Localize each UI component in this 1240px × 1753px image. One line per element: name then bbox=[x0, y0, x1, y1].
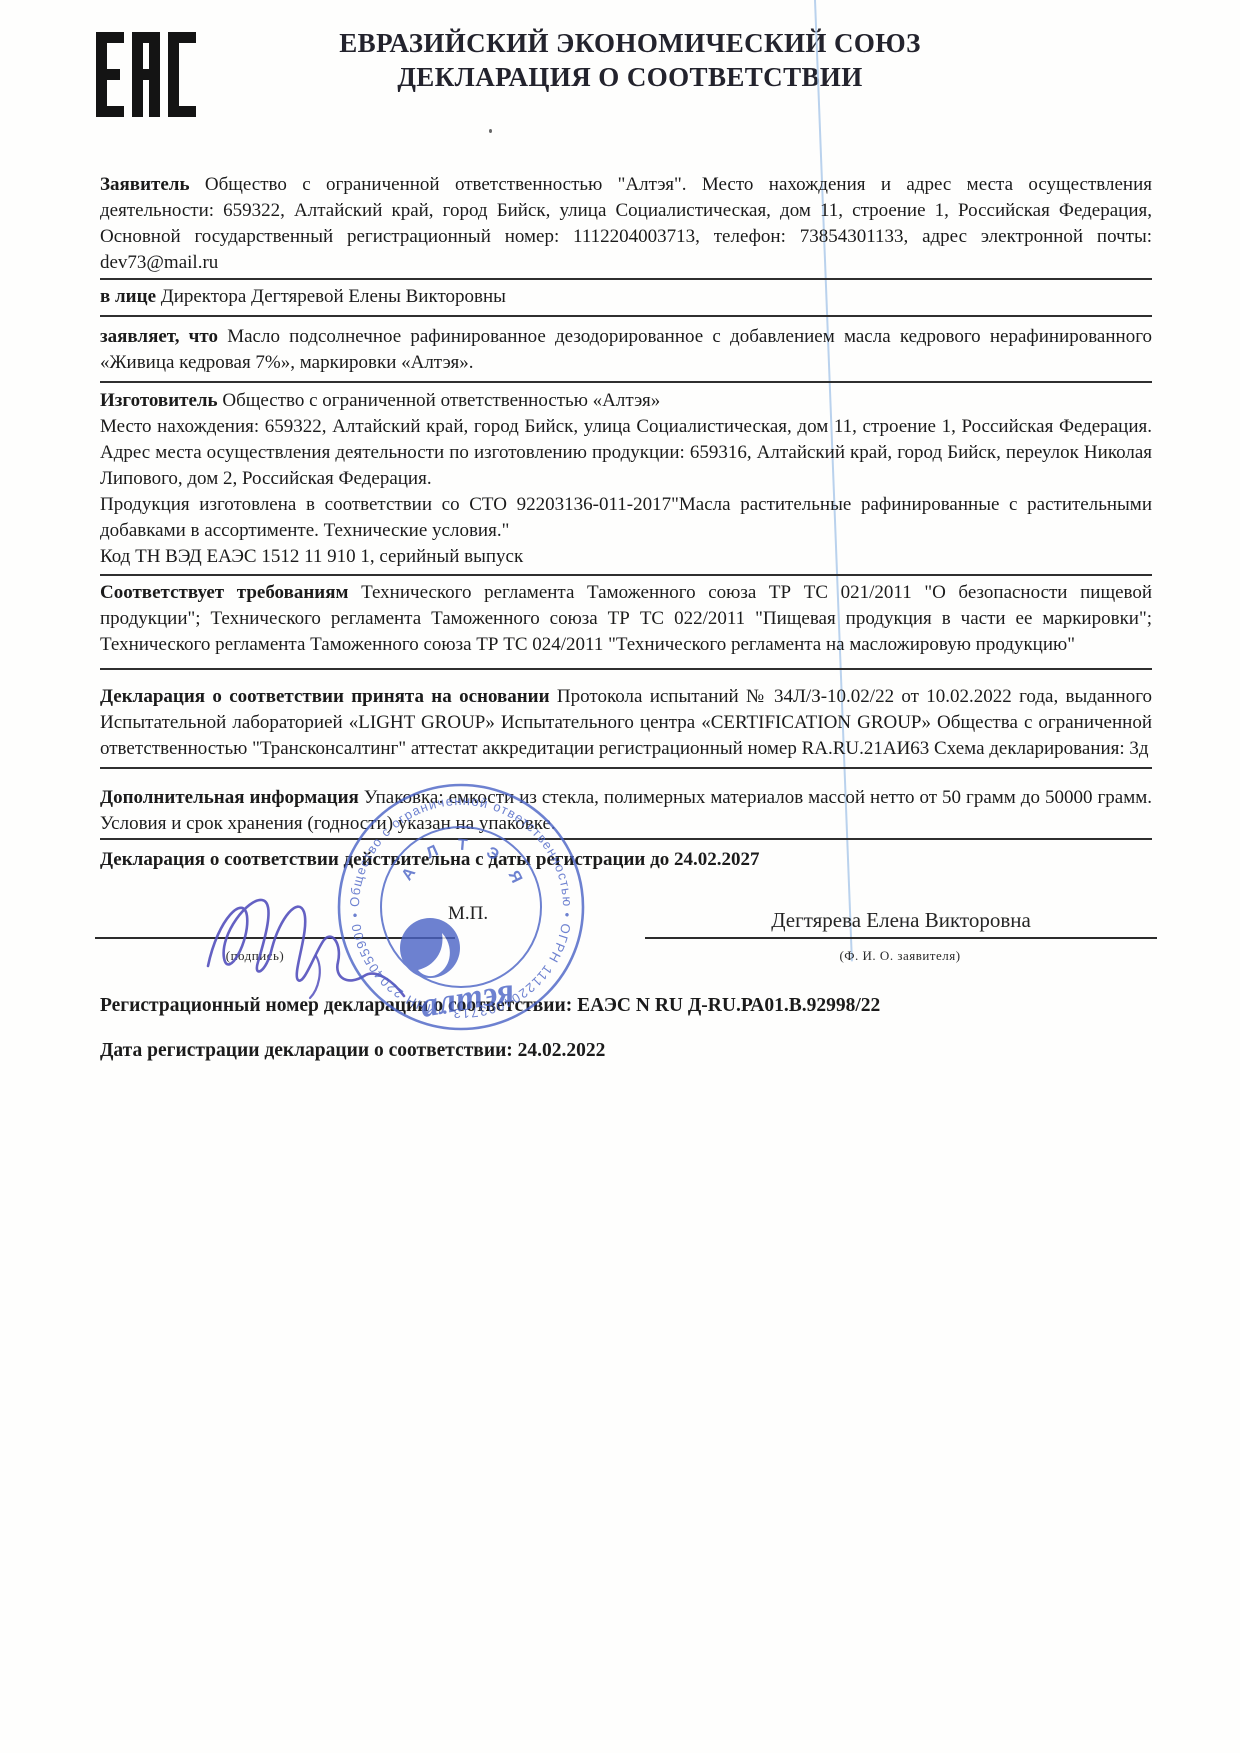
declares-text: Масло подсолнечное рафинированное дезодо… bbox=[100, 326, 1152, 373]
mp-seal-label: М.П. bbox=[448, 901, 488, 927]
declares-label: заявляет, что bbox=[100, 326, 218, 347]
declaration-document: ЕВРАЗИЙСКИЙ ЭКОНОМИЧЕСКИЙ СОЮЗ ДЕКЛАРАЦИ… bbox=[0, 0, 1240, 1753]
title-line-2: ДЕКЛАРАЦИЯ О СООТВЕТСТВИИ bbox=[240, 60, 1020, 94]
additional-info-section: Дополнительная информация Упаковка: емко… bbox=[100, 785, 1152, 840]
applicant-text: Общество с ограниченной ответственностью… bbox=[100, 174, 1152, 273]
manufacturer-standard: Продукция изготовлена в соответствии со … bbox=[100, 492, 1152, 544]
in-person-section: в лице Директора Дегтяревой Елены Виктор… bbox=[100, 280, 1152, 317]
compliance-label: Соответствует требованиям bbox=[100, 582, 348, 603]
basis-paragraph: Декларация о соответствии принята на осн… bbox=[100, 684, 1152, 762]
name-caption: (Ф. И. О. заявителя) bbox=[740, 943, 1060, 969]
applicant-section: Заявитель Общество с ограниченной ответс… bbox=[100, 172, 1152, 280]
signature-block: М.П. Дегтярева Елена Викторовна (подпись… bbox=[100, 873, 1152, 985]
signature-caption: (подпись) bbox=[160, 943, 350, 969]
applicant-paragraph: Заявитель Общество с ограниченной ответс… bbox=[100, 172, 1152, 276]
validity-section: Декларация о соответствии действительна … bbox=[100, 840, 1152, 873]
basis-section: Декларация о соответствии принята на осн… bbox=[100, 684, 1152, 769]
manufacturer-section: Изготовитель Общество с ограниченной отв… bbox=[100, 383, 1152, 576]
in-person-paragraph: в лице Директора Дегтяревой Елены Виктор… bbox=[100, 284, 1152, 310]
declares-paragraph: заявляет, что Масло подсолнечное рафинир… bbox=[100, 324, 1152, 376]
document-body: Заявитель Общество с ограниченной ответс… bbox=[100, 172, 1152, 1064]
eac-mark-icon bbox=[96, 32, 196, 122]
compliance-paragraph: Соответствует требованиям Технического р… bbox=[100, 580, 1152, 658]
applicant-label: Заявитель bbox=[100, 174, 190, 195]
compliance-section: Соответствует требованиям Технического р… bbox=[100, 576, 1152, 670]
registration-date-line: Дата регистрации декларации о соответств… bbox=[100, 1038, 1152, 1064]
registration-number-line: Регистрационный номер декларации о соотв… bbox=[100, 993, 1152, 1019]
manufacturer-address: Место нахождения: 659322, Алтайский край… bbox=[100, 414, 1152, 492]
signature-line bbox=[95, 937, 455, 939]
manufacturer-tnved-code: Код ТН ВЭД ЕАЭС 1512 11 910 1, серийный … bbox=[100, 544, 1152, 570]
title-line-1: ЕВРАЗИЙСКИЙ ЭКОНОМИЧЕСКИЙ СОЮЗ bbox=[240, 26, 1020, 60]
manufacturer-label: Изготовитель bbox=[100, 390, 218, 411]
basis-label: Декларация о соответствии принята на осн… bbox=[100, 686, 550, 707]
in-person-label: в лице bbox=[100, 286, 156, 307]
scan-artifact-dot bbox=[489, 129, 492, 133]
validity-line: Декларация о соответствии действительна … bbox=[100, 847, 1152, 873]
registration-date-section: Дата регистрации декларации о соответств… bbox=[100, 1038, 1152, 1064]
additional-info-paragraph: Дополнительная информация Упаковка: емко… bbox=[100, 785, 1152, 837]
additional-info-label: Дополнительная информация bbox=[100, 787, 359, 808]
declares-section: заявляет, что Масло подсолнечное рафинир… bbox=[100, 317, 1152, 383]
registration-number-section: Регистрационный номер декларации о соотв… bbox=[100, 993, 1152, 1019]
applicant-full-name: Дегтярева Елена Викторовна bbox=[645, 907, 1157, 933]
document-title: ЕВРАЗИЙСКИЙ ЭКОНОМИЧЕСКИЙ СОЮЗ ДЕКЛАРАЦИ… bbox=[240, 26, 1020, 94]
manufacturer-name-line: Изготовитель Общество с ограниченной отв… bbox=[100, 388, 1152, 414]
name-line bbox=[645, 937, 1157, 939]
in-person-text: Директора Дегтяревой Елены Викторовны bbox=[161, 286, 506, 307]
manufacturer-name: Общество с ограниченной ответственностью… bbox=[222, 390, 660, 411]
